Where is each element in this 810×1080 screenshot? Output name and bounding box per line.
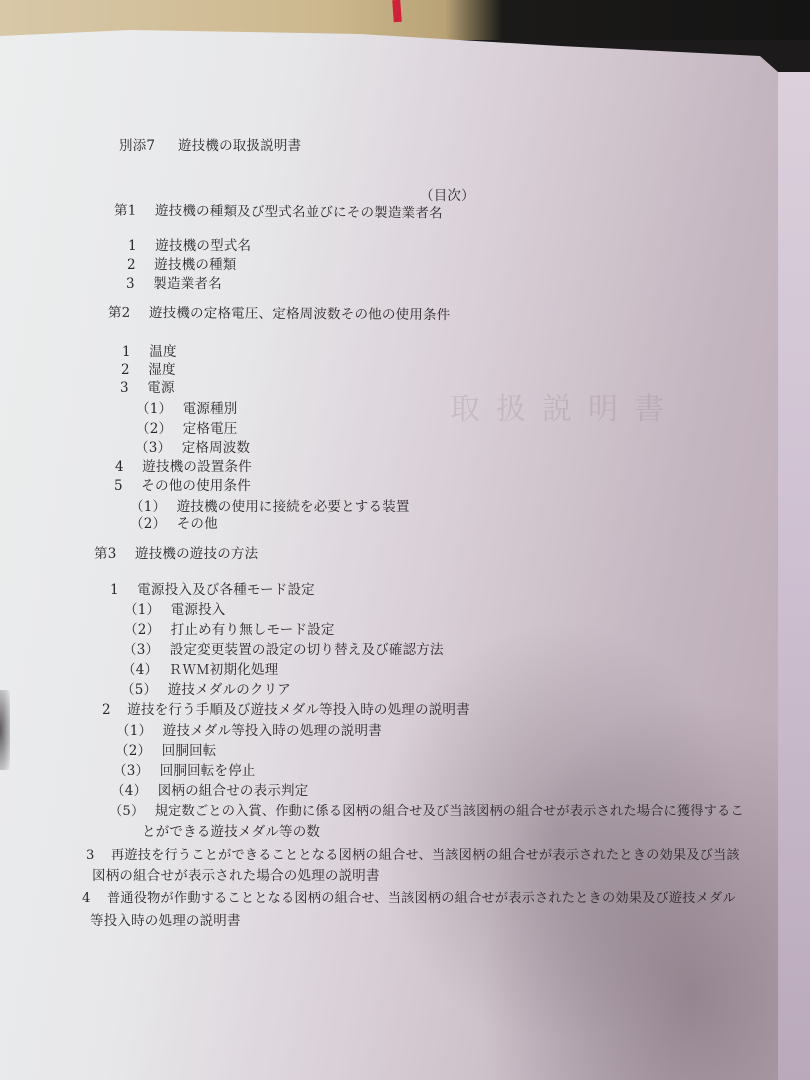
toc-subitem: （2） 定格電圧	[136, 417, 238, 437]
subitem-text: 回胴回転を停止	[160, 763, 256, 779]
document-page: 取扱説明書 別添7 遊技機の取扱説明書 （目次） 第1 遊技機の種類及び型式名並…	[0, 12, 778, 1080]
item-number: 3	[86, 848, 95, 863]
subitem-text: 電源投入	[171, 602, 226, 618]
subitem-text: 遊技メダル等投入時の処理の説明書	[163, 723, 382, 739]
subitem-number: （1）	[116, 719, 152, 739]
item-text: 遊技を行う手順及び遊技メダル等投入時の処理の説明書	[127, 702, 470, 718]
subitem-text: 回胴回転	[162, 743, 217, 759]
toc-item: 2 湿度	[121, 358, 176, 378]
subitem-text: 打止め有り無しモード設定	[171, 622, 335, 638]
item-text: 遊技機の種類	[154, 257, 236, 273]
toc-item: 3 再遊技を行うことができることとなる図柄の組合せ、当該図柄の組合せが表示された…	[86, 844, 740, 863]
subitem-text: 遊技メダルのクリア	[168, 682, 291, 698]
item-text: 再遊技を行うことができることとなる図柄の組合せ、当該図柄の組合せが表示されたとき…	[111, 848, 740, 863]
subitem-number: （3）	[113, 759, 149, 779]
section-number: 第3	[94, 542, 117, 562]
toc-item-continuation: 等投入時の処理の説明書	[90, 909, 241, 929]
toc-item: 4 遊技機の設置条件	[115, 455, 252, 475]
subitem-text: 電源種別	[183, 401, 238, 417]
subitem-text: 規定数ごとの入賞、作動に係る図柄の組合せ及び当該図柄の組合せが表示された場合に獲…	[155, 804, 744, 819]
toc-subitem: （3） 設定変更装置の設定の切り替え及び確認方法	[123, 638, 444, 658]
item-number: 3	[126, 276, 135, 292]
item-number: 4	[82, 891, 91, 906]
subitem-number: （2）	[115, 739, 151, 759]
item-text: その他の使用条件	[141, 478, 251, 494]
section-2-heading: 第2 遊技機の定格電圧、定格周波数その他の使用条件	[108, 301, 451, 323]
item-text: 普通役物が作動することとなる図柄の組合せ、当該図柄の組合せが表示されたときの効果…	[107, 891, 736, 906]
bookmark-ribbon	[392, 0, 402, 22]
section-number: 第2	[108, 301, 131, 321]
item-text: 遊技機の設置条件	[142, 459, 252, 475]
toc-subitem: （1） 電源投入	[124, 598, 226, 618]
toc-item: 3 電源	[120, 376, 175, 396]
toc-item: 2 遊技機の種類	[127, 253, 237, 273]
subitem-text: ＲＷＭ初期化処理	[169, 662, 279, 678]
item-number: 4	[115, 459, 124, 475]
subitem-number: （1）	[136, 397, 172, 417]
toc-subitem: （2） 回胴回転	[115, 739, 217, 759]
subitem-text: 定格電圧	[183, 421, 238, 437]
toc-subitem: （4） ＲＷＭ初期化処理	[122, 658, 278, 678]
subitem-text: 設定変更装置の設定の切り替え及び確認方法	[170, 642, 444, 658]
toc-subitem: （1） 電源種別	[136, 397, 238, 417]
subitem-number: （3）	[123, 638, 159, 658]
item-text: 電源	[147, 380, 174, 396]
section-1-heading: 第1 遊技機の種類及び型式名並びにその製造業者名	[114, 199, 443, 222]
subitem-number: （2）	[124, 618, 160, 638]
item-number: 1	[110, 582, 119, 598]
document-title: 遊技機の取扱説明書	[178, 134, 301, 154]
toc-item: 4 普通役物が作動することとなる図柄の組合せ、当該図柄の組合せが表示されたときの…	[82, 887, 736, 906]
toc-item: 3 製造業者名	[126, 272, 222, 292]
subitem-number: （1）	[124, 598, 160, 618]
item-number: 2	[102, 702, 111, 718]
toc-subitem: （2） その他	[130, 512, 218, 532]
item-number: 3	[120, 380, 129, 396]
subitem-text: その他	[177, 516, 218, 532]
toc-subitem: （4） 図柄の組合せの表示判定	[111, 779, 308, 799]
section-title: 遊技機の種類及び型式名並びにその製造業者名	[155, 203, 443, 222]
toc-item: 2 遊技を行う手順及び遊技メダル等投入時の処理の説明書	[102, 698, 470, 718]
toc-item: 1 遊技機の型式名	[128, 234, 251, 254]
toc-item: 1 電源投入及び各種モード設定	[110, 578, 315, 598]
section-number: 第1	[114, 199, 137, 219]
subitem-number: （3）	[135, 436, 171, 456]
toc-item: 5 その他の使用条件	[114, 474, 251, 494]
subitem-number: （2）	[136, 417, 172, 437]
attachment-number: 別添7	[119, 138, 155, 154]
item-number: 5	[114, 478, 123, 494]
section-title: 遊技機の定格電圧、定格周波数その他の使用条件	[149, 305, 451, 323]
item-text: 電源投入及び各種モード設定	[137, 582, 315, 598]
toc-item: 1 温度	[122, 340, 177, 360]
subitem-number: （4）	[111, 779, 147, 799]
toc-subitem: （2） 打止め有り無しモード設定	[124, 618, 335, 638]
attachment-label: 別添7	[119, 134, 155, 154]
subitem-number: （5）	[121, 678, 157, 698]
subitem-text: 図柄の組合せの表示判定	[158, 783, 309, 799]
item-text: 製造業者名	[153, 276, 222, 292]
subitem-number: （4）	[122, 658, 158, 678]
toc-subitem: （3） 定格周波数	[135, 436, 250, 456]
toc-subitem: （3） 回胴回転を停止	[113, 759, 256, 779]
item-number: 1	[128, 238, 137, 254]
toc-subitem: （1） 遊技メダル等投入時の処理の説明書	[116, 719, 382, 739]
section-title: 遊技機の遊技の方法	[135, 546, 258, 562]
subitem-number: （2）	[130, 512, 166, 532]
toc-subitem: （5） 規定数ごとの入賞、作動に係る図柄の組合せ及び当該図柄の組合せが表示された…	[109, 800, 744, 819]
subitem-text: 定格周波数	[182, 440, 251, 456]
section-3-heading: 第3 遊技機の遊技の方法	[94, 542, 258, 562]
item-number: 2	[127, 257, 136, 273]
toc-subitem: （5） 遊技メダルのクリア	[121, 678, 291, 698]
toc-subitem-continuation: とができる遊技メダル等の数	[142, 820, 320, 840]
show-through-text: 取扱説明書	[450, 384, 680, 428]
subitem-number: （5）	[109, 800, 144, 819]
toc-item-continuation: 図柄の組合せが表示された場合の処理の説明書	[92, 864, 380, 884]
finger-shadow	[0, 690, 10, 770]
item-text: 遊技機の型式名	[155, 238, 251, 254]
